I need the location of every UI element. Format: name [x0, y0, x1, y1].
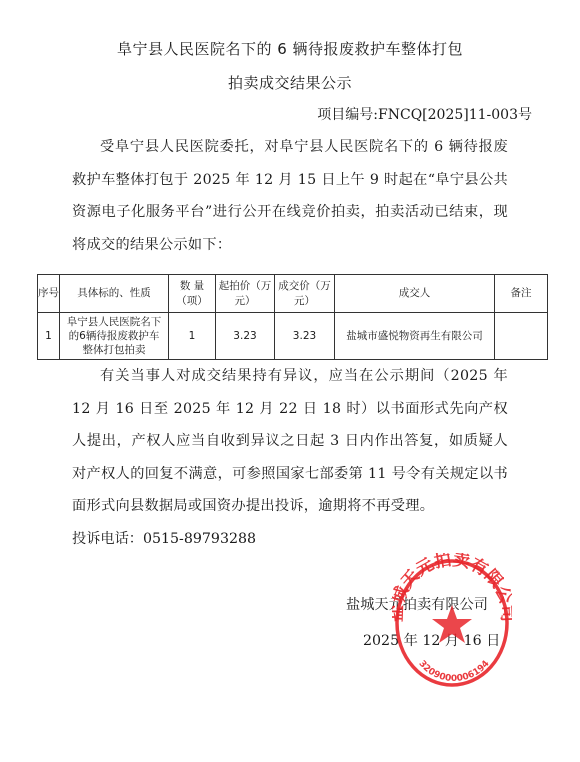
- header-remarks: 备注: [495, 275, 548, 313]
- header-final-price: 成交价（万元）: [275, 275, 335, 313]
- result-table: 序号 具体标的、性质 数 量（项） 起拍价（万元） 成交价（万元） 成交人 备注…: [37, 274, 548, 360]
- table-header-row: 序号 具体标的、性质 数 量（项） 起拍价（万元） 成交价（万元） 成交人 备注: [38, 275, 548, 313]
- cell-starting-price: 3.23: [216, 313, 275, 360]
- cell-remarks: [495, 313, 548, 360]
- document-title-line1: 阜宁县人民医院名下的 6 辆待报废救护车整体打包: [0, 38, 580, 59]
- cell-buyer: 盐城市盛悦物资再生有限公司: [335, 313, 495, 360]
- cell-item: 阜宁县人民医院名下的6辆待报废救护车整体打包拍卖: [60, 313, 169, 360]
- objection-paragraph: 有关当事人对成交结果持有异议，应当在公示期间（2025 年 12 月 16 日至…: [72, 360, 508, 523]
- cell-final-price: 3.23: [275, 313, 335, 360]
- table-row: 1 阜宁县人民医院名下的6辆待报废救护车整体打包拍卖 1 3.23 3.23 盐…: [38, 313, 548, 360]
- cell-index: 1: [38, 313, 60, 360]
- header-quantity: 数 量（项）: [169, 275, 216, 313]
- header-starting-price: 起拍价（万元）: [216, 275, 275, 313]
- complaint-phone: 投诉电话：0515-89793288: [72, 528, 256, 548]
- intro-paragraph: 受阜宁县人民医院委托，对阜宁县人民医院名下的 6 辆待报废救护车整体打包于 20…: [72, 131, 508, 261]
- header-index: 序号: [38, 275, 60, 313]
- company-seal-icon: 盐城天元拍卖有限公司 3209000006194: [392, 553, 512, 689]
- cell-quantity: 1: [169, 313, 216, 360]
- header-item: 具体标的、性质: [60, 275, 169, 313]
- document-title-line2: 拍卖成交结果公示: [0, 72, 580, 93]
- project-number: 项目编号:FNCQ[2025]11-003号: [317, 104, 532, 124]
- header-buyer: 成交人: [335, 275, 495, 313]
